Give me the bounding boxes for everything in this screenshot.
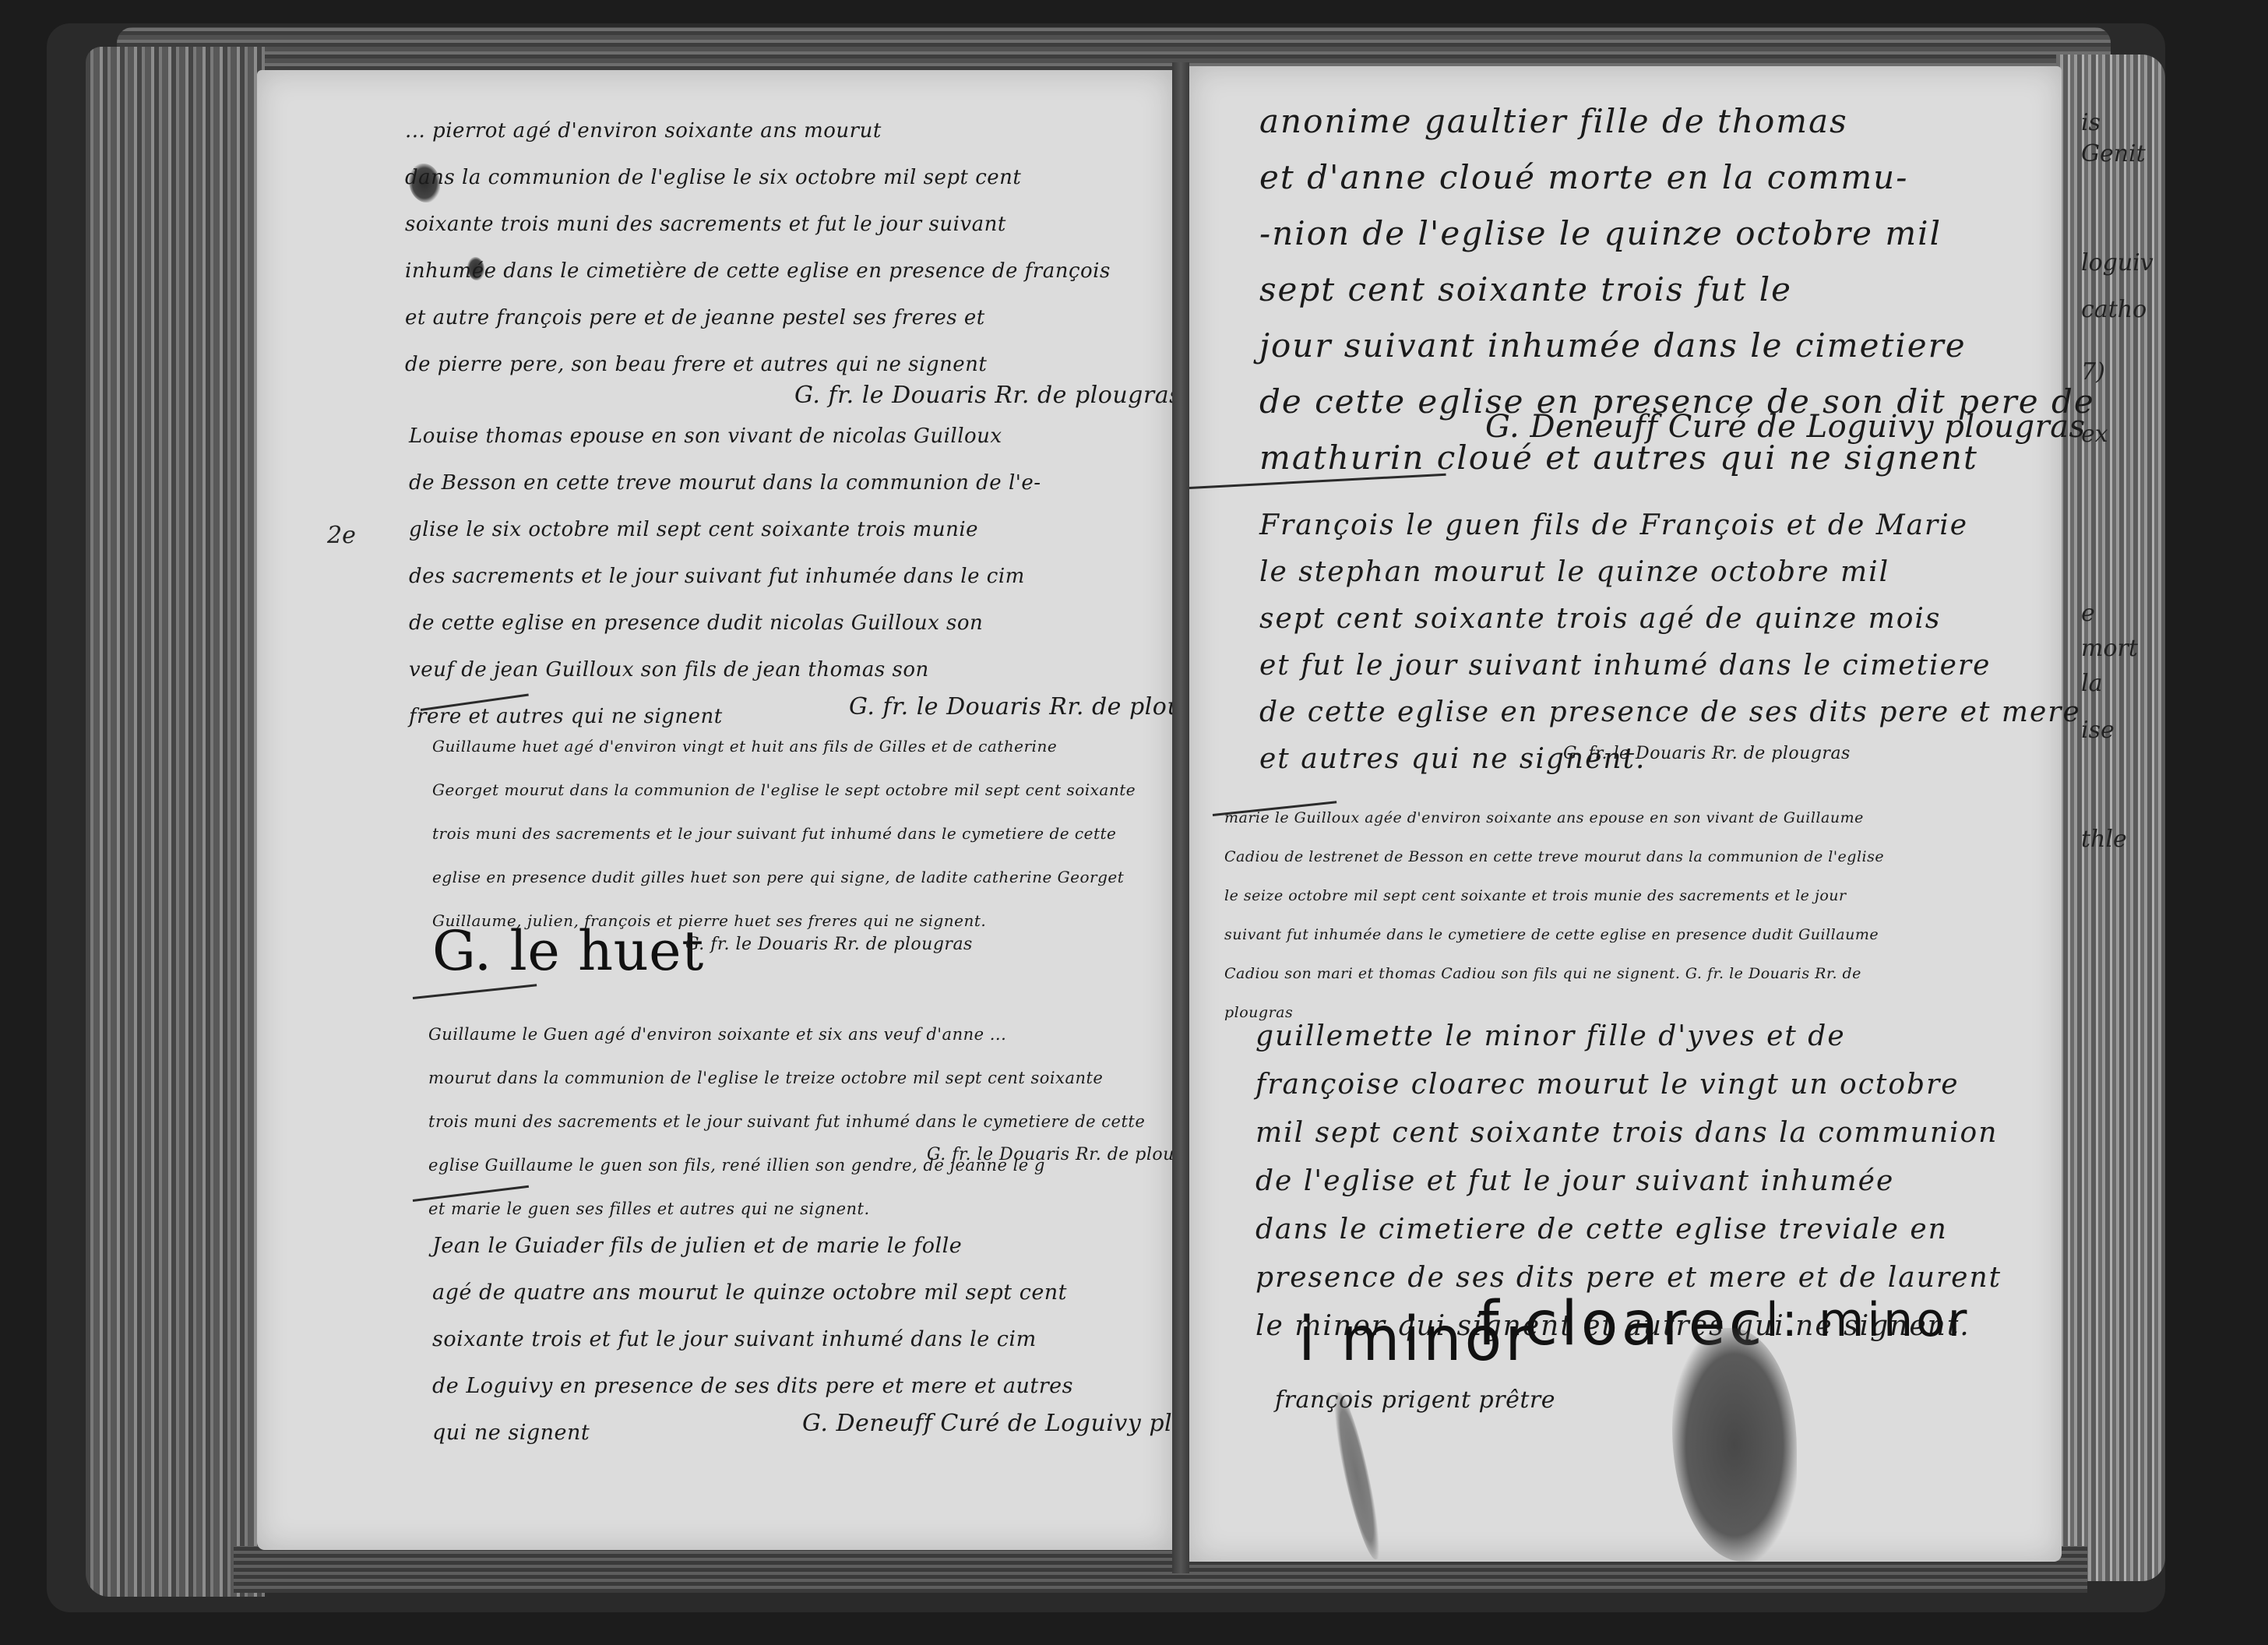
- entry-line: veuf de jean Guilloux son fils de jean t…: [409, 646, 1041, 693]
- left-page: ... pierrot agé d'environ soixante ans m…: [257, 70, 1172, 1550]
- margin-note: 2e: [327, 522, 356, 549]
- entry-line: Jean le Guiader fils de julien et de mar…: [432, 1223, 1073, 1270]
- margin-note: 7): [2081, 358, 2105, 386]
- entry-line: mourut dans la communion de l'eglise le …: [428, 1056, 1145, 1100]
- entry-line: trois muni des sacrements et le jour sui…: [428, 1100, 1145, 1143]
- entry-line: le stephan mourut le quinze octobre mil: [1259, 549, 2081, 596]
- priest-signature: G. Deneuff Curé de Loguivy plougras: [1485, 409, 2086, 445]
- entry-line: dans la communion de l'eglise le six oct…: [405, 154, 1111, 201]
- entry-line: Guillaume le Guen agé d'environ soixante…: [428, 1013, 1145, 1056]
- margin-note: ise: [2081, 717, 2115, 744]
- witness-signature-l-minor: l: minor: [1766, 1293, 1970, 1347]
- entry-line: soixante trois et fut le jour suivant in…: [432, 1316, 1073, 1363]
- entry-line: trois muni des sacrements et le jour sui…: [432, 812, 1136, 855]
- entry-line: François le guen fils de François et de …: [1259, 502, 2081, 549]
- priest-signature: G. fr. le Douaris Rr. de plougras: [1563, 744, 1851, 763]
- entry-line: Cadiou son mari et thomas Cadiou son fil…: [1224, 954, 1884, 993]
- entry-line: de l'eglise et fut le jour suivant inhum…: [1255, 1157, 2002, 1206]
- entry-3: Guillaume huet agé d'environ vingt et hu…: [432, 724, 1136, 942]
- witness-signature-huet: G. le huet: [432, 919, 704, 983]
- entry-line: de cette eglise en presence dudit nicola…: [409, 600, 1041, 646]
- margin-note: e: [2081, 600, 2095, 627]
- entry-line: et fut le jour suivant inhumé dans le ci…: [1259, 643, 2081, 689]
- margin-note: Genit: [2081, 140, 2146, 167]
- entry-line: Georget mourut dans la communion de l'eg…: [432, 768, 1136, 812]
- entry-line: de Loguivy en presence de ses dits pere …: [432, 1363, 1073, 1410]
- entry-line: et d'anne cloué morte en la commu-: [1259, 150, 2095, 206]
- priest-signature: françois prigent prêtre: [1275, 1386, 1555, 1414]
- right-page: anonime gaultier fille de thomas et d'an…: [1189, 66, 2062, 1562]
- entry-line: jour suivant inhumée dans le cimetiere: [1259, 318, 2095, 374]
- entry-line: -nion de l'eglise le quinze octobre mil: [1259, 206, 2095, 262]
- entry-line: suivant fut inhumée dans le cymetiere de…: [1224, 915, 1884, 954]
- margin-note: la: [2081, 670, 2102, 697]
- entry-divider: [413, 984, 537, 999]
- entry-line: glise le six octobre mil sept cent soixa…: [409, 506, 1041, 553]
- entry-line: eglise en presence dudit gilles huet son…: [432, 855, 1136, 899]
- entry-line: sept cent soixante trois fut le: [1259, 262, 2095, 318]
- margin-note: is: [2081, 109, 2101, 136]
- entry-line: Cadiou de lestrenet de Besson en cette t…: [1224, 837, 1884, 876]
- entry-line: le seize octobre mil sept cent soixante …: [1224, 876, 1884, 915]
- entry-line: de Besson en cette treve mourut dans la …: [409, 460, 1041, 506]
- entry-1: ... pierrot agé d'environ soixante ans m…: [405, 107, 1111, 388]
- entry-line: des sacrements et le jour suivant fut in…: [409, 553, 1041, 600]
- margin-note: mort: [2081, 635, 2138, 662]
- entry-line: guillemette le minor fille d'yves et de: [1255, 1013, 2002, 1061]
- margin-note: loguiv: [2081, 249, 2154, 277]
- book-gutter: [1172, 62, 1189, 1573]
- entry-line: dans le cimetiere de cette eglise trevia…: [1255, 1206, 2002, 1254]
- entry-line: françoise cloarec mourut le vingt un oct…: [1255, 1061, 2002, 1109]
- margin-note: ex: [2081, 421, 2108, 448]
- entry-line: ... pierrot agé d'environ soixante ans m…: [405, 107, 1111, 154]
- entry-line: de cette eglise en presence de ses dits …: [1259, 689, 2081, 736]
- ink-smudge: [1327, 1390, 1386, 1562]
- entry-4: Guillaume le Guen agé d'environ soixante…: [428, 1013, 1145, 1231]
- entry-2: Louise thomas epouse en son vivant de ni…: [409, 413, 1041, 740]
- entry-line: Louise thomas epouse en son vivant de ni…: [409, 413, 1041, 460]
- margin-note: catho: [2081, 296, 2146, 323]
- priest-signature: G. fr. le Douaris Rr. de plougras: [794, 382, 1182, 409]
- ink-smudge: [1672, 1328, 1797, 1562]
- entry-line: inhumée dans le cimetière de cette eglis…: [405, 248, 1111, 294]
- entry-line: soixante trois muni des sacrements et fu…: [405, 201, 1111, 248]
- page-edges-left: [86, 47, 265, 1597]
- priest-signature: G. fr. le Douaris Rr. de plougras: [927, 1145, 1214, 1164]
- entry-7: François le guen fils de François et de …: [1259, 502, 2081, 783]
- entry-line: et autre françois pere et de jeanne pest…: [405, 294, 1111, 341]
- book-scan: ... pierrot agé d'environ soixante ans m…: [0, 0, 2268, 1645]
- entry-line: anonime gaultier fille de thomas: [1259, 93, 2095, 150]
- entry-line: de pierre pere, son beau frere et autres…: [405, 341, 1111, 388]
- entry-8: marie le Guilloux agée d'environ soixant…: [1224, 798, 1884, 1032]
- priest-signature: G. fr. le Douaris Rr. de plougras: [685, 935, 973, 954]
- margin-note: thle: [2081, 826, 2127, 853]
- entry-line: marie le Guilloux agée d'environ soixant…: [1224, 798, 1884, 837]
- entry-line: Guillaume huet agé d'environ vingt et hu…: [432, 724, 1136, 768]
- entry-line: mil sept cent soixante trois dans la com…: [1255, 1109, 2002, 1157]
- entry-line: sept cent soixante trois agé de quinze m…: [1259, 596, 2081, 643]
- entry-line: agé de quatre ans mourut le quinze octob…: [432, 1270, 1073, 1316]
